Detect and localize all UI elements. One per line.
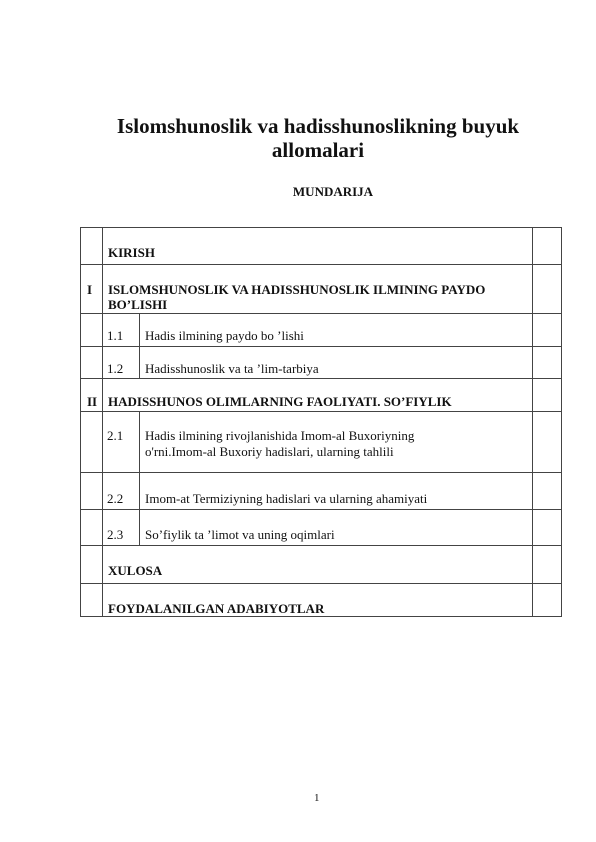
toc-row-references[interactable]: FOYDALANILGAN ADABIYOTLAR [81, 583, 561, 618]
toc-row-section-1[interactable]: I ISLOMSHUNOSLIK VA HADISSHUNOSLIK ILMIN… [81, 264, 561, 313]
toc-row-subnumber: 2.2 [107, 491, 123, 506]
toc-row-text: Imom-at Termiziyning hadislari va ularni… [145, 491, 525, 506]
title-line-1: Islomshunoslik va hadisshunoslikning buy… [117, 114, 519, 138]
toc-row-text: Hadis ilmining rivojlanishida Imom-al Bu… [145, 428, 475, 460]
toc-row-subnumber: 1.2 [107, 361, 123, 376]
toc-row-text: Hadis ilmining paydo bo ’lishi [145, 328, 525, 343]
toc-row-2-3[interactable]: 2.3 So’fiylik ta ’limot va uning oqimlar… [81, 509, 561, 545]
toc-heading: MUNDARIJA [0, 184, 596, 200]
toc-row-1-2[interactable]: 1.2 Hadisshunoslik va ta ’lim-tarbiya [81, 346, 561, 378]
table-of-contents: KIRISH I ISLOMSHUNOSLIK VA HADISSHUNOSLI… [80, 227, 562, 617]
toc-row-2-1[interactable]: 2.1 Hadis ilmining rivojlanishida Imom-a… [81, 411, 561, 472]
toc-row-number: I [87, 282, 92, 297]
column-divider-sub-1 [139, 313, 140, 378]
toc-row-text: XULOSA [108, 563, 528, 578]
toc-row-text: So’fiylik ta ’limot va uning oqimlari [145, 527, 525, 542]
toc-row-subnumber: 2.3 [107, 527, 123, 542]
toc-row-text: KIRISH [108, 245, 528, 260]
toc-row-2-2[interactable]: 2.2 Imom-at Termiziyning hadislari va ul… [81, 472, 561, 509]
title-line-2: allomalari [0, 138, 596, 162]
toc-row-subnumber: 2.1 [107, 428, 123, 443]
toc-row-kirish[interactable]: KIRISH [81, 228, 561, 264]
toc-row-text: Hadisshunoslik va ta ’lim-tarbiya [145, 361, 525, 376]
toc-row-text: FOYDALANILGAN ADABIYOTLAR [108, 601, 528, 616]
column-divider-sub-2 [139, 411, 140, 545]
toc-row-1-1[interactable]: 1.1 Hadis ilmining paydo bo ’lishi [81, 313, 561, 346]
toc-row-text: HADISSHUNOS OLIMLARNING FAOLIYATI. SO’FI… [108, 394, 528, 409]
document-title: Islomshunoslik va hadisshunoslikning buy… [0, 114, 596, 162]
column-divider-number [102, 228, 103, 616]
toc-row-xulosa[interactable]: XULOSA [81, 545, 561, 583]
column-divider-page [532, 228, 533, 616]
toc-row-text: ISLOMSHUNOSLIK VA HADISSHUNOSLIK ILMININ… [108, 282, 528, 312]
toc-row-number: II [87, 394, 97, 409]
toc-row-subnumber: 1.1 [107, 328, 123, 343]
toc-row-section-2[interactable]: II HADISSHUNOS OLIMLARNING FAOLIYATI. SO… [81, 378, 561, 411]
page-number: 1 [314, 792, 320, 804]
